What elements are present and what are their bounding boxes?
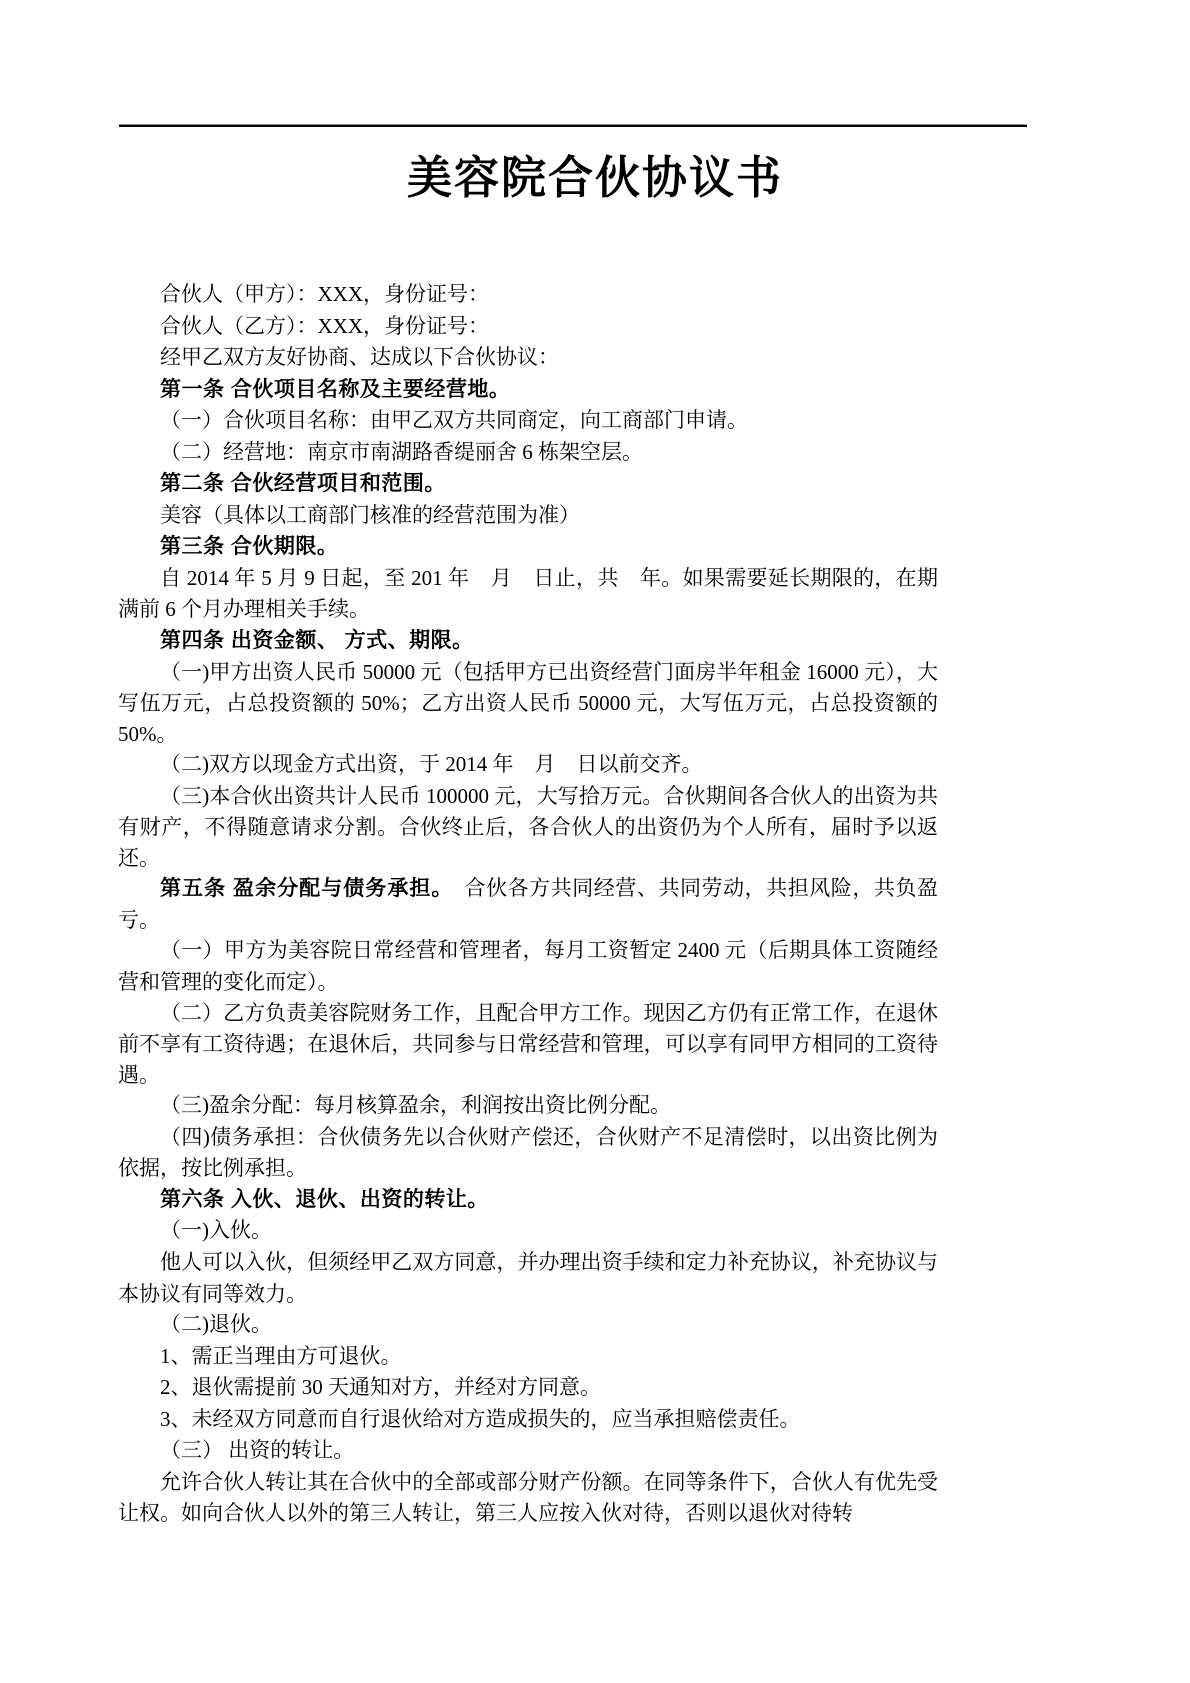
- paragraph-text: （二）乙方负责美容院财务工作，且配合甲方工作。现因乙方仍有正常工作，在退休前不享…: [118, 1001, 938, 1087]
- body-paragraph: 合伙人（乙方）：XXX，身份证号：: [118, 311, 938, 343]
- body-paragraph: （三)盈余分配：每月核算盈余，利润按出资比例分配。: [118, 1090, 938, 1122]
- body-paragraph: 自 2014 年 5 月 9 日起，至 201 年 月 日止，共 年。如果需要延…: [118, 563, 938, 625]
- paragraph-text: （三)本合伙出资共计人民币 100000 元，大写拾万元。合伙期间各合伙人的出资…: [118, 784, 938, 870]
- paragraph-text: （二)双方以现金方式出资，于 2014 年 月 日以前交齐。: [160, 752, 703, 776]
- body-paragraph: （一)入伙。: [118, 1215, 938, 1247]
- body-paragraph: （三） 出资的转让。: [118, 1435, 938, 1467]
- paragraph-bold-lead: 第五条 盈余分配与债务承担。: [160, 877, 443, 900]
- body-paragraph: 第五条 盈余分配与债务承担。 合伙各方共同经营、共同劳动，共担风险，共负盈亏。: [118, 873, 938, 935]
- paragraph-text: 2、退伙需提前 30 天通知对方，并经对方同意。: [160, 1375, 601, 1399]
- document-page: 美容院合伙协议书 合伙人（甲方）：XXX，身份证号： 合伙人（乙方）：XXX，身…: [0, 0, 1190, 1683]
- paragraph-text: 合伙人（乙方）：XXX，身份证号：: [160, 314, 489, 338]
- paragraph-text: （一)甲方出资人民币 50000 元（包括甲方已出资经营门面房半年租金 1600…: [118, 660, 938, 746]
- paragraph-text: （四)债务承担：合伙债务先以合伙财产偿还，合伙财产不足清偿时，以出资比例为依据，…: [118, 1125, 938, 1181]
- paragraph-text: 3、未经双方同意而自行退伙给对方造成损失的，应当承担赔偿责任。: [160, 1407, 801, 1431]
- paragraph-text: 合伙人（甲方）：XXX，身份证号：: [160, 282, 489, 306]
- paragraph-text: 自 2014 年 5 月 9 日起，至 201 年 月 日止，共 年。如果需要延…: [118, 566, 938, 622]
- clause-heading: 第二条 合伙经营项目和范围。: [118, 468, 938, 500]
- paragraph-text: 经甲乙双方友好协商、达成以下合伙协议：: [160, 345, 559, 369]
- paragraph-text: 1、需正当理由方可退伙。: [160, 1344, 402, 1368]
- clause-heading: 第三条 合伙期限。: [118, 531, 938, 563]
- paragraph-text: （二）经营地：南京市南湖路香缇丽舍 6 栋架空层。: [160, 440, 643, 464]
- body-paragraph: 合伙人（甲方）：XXX，身份证号：: [118, 279, 938, 311]
- body-paragraph: 美容（具体以工商部门核准的经营范围为准）: [118, 500, 938, 532]
- body-paragraph: （二）乙方负责美容院财务工作，且配合甲方工作。现因乙方仍有正常工作，在退休前不享…: [118, 998, 938, 1091]
- paragraph-text: （三） 出资的转让。: [160, 1438, 354, 1462]
- paragraph-text: 他人可以入伙，但须经甲乙双方同意，并办理出资手续和定力补充协议，补充协议与本协议…: [118, 1250, 938, 1306]
- paragraph-text: （三)盈余分配：每月核算盈余，利润按出资比例分配。: [160, 1093, 671, 1117]
- paragraph-bold-lead: 第四条 出资金额、 方式、期限。: [160, 629, 474, 652]
- body-paragraph: （一)甲方出资人民币 50000 元（包括甲方已出资经营门面房半年租金 1600…: [118, 657, 938, 750]
- document-body: 合伙人（甲方）：XXX，身份证号： 合伙人（乙方）：XXX，身份证号： 经甲乙双…: [118, 279, 938, 1529]
- paragraph-bold-lead: 第六条 入伙、退伙、出资的转让。: [160, 1188, 489, 1211]
- body-paragraph: （三)本合伙出资共计人民币 100000 元，大写拾万元。合伙期间各合伙人的出资…: [118, 781, 938, 874]
- body-paragraph: 1、需正当理由方可退伙。: [118, 1341, 938, 1373]
- paragraph-text: 美容（具体以工商部门核准的经营范围为准）: [160, 503, 580, 527]
- body-paragraph: 他人可以入伙，但须经甲乙双方同意，并办理出资手续和定力补充协议，补充协议与本协议…: [118, 1247, 938, 1309]
- body-paragraph: （四)债务承担：合伙债务先以合伙财产偿还，合伙财产不足清偿时，以出资比例为依据，…: [118, 1122, 938, 1184]
- paragraph-text: （一）甲方为美容院日常经营和管理者，每月工资暂定 2400 元（后期具体工资随经…: [118, 938, 938, 994]
- clause-heading: 第四条 出资金额、 方式、期限。: [118, 625, 938, 657]
- body-paragraph: （二）经营地：南京市南湖路香缇丽舍 6 栋架空层。: [118, 437, 938, 469]
- document-title: 美容院合伙协议书: [0, 148, 1190, 208]
- body-paragraph: （一）合伙项目名称：由甲乙双方共同商定，向工商部门申请。: [118, 405, 938, 437]
- body-paragraph: （一）甲方为美容院日常经营和管理者，每月工资暂定 2400 元（后期具体工资随经…: [118, 935, 938, 997]
- body-paragraph: （二)双方以现金方式出资，于 2014 年 月 日以前交齐。: [118, 749, 938, 781]
- clause-heading: 第六条 入伙、退伙、出资的转让。: [118, 1184, 938, 1216]
- paragraph-text: （一)入伙。: [160, 1218, 272, 1242]
- body-paragraph: 2、退伙需提前 30 天通知对方，并经对方同意。: [118, 1372, 938, 1404]
- paragraph-bold-lead: 第二条 合伙经营项目和范围。: [160, 472, 446, 495]
- paragraph-text: 允许合伙人转让其在合伙中的全部或部分财产份额。在同等条件下，合伙人有优先受让权。…: [118, 1470, 938, 1526]
- body-paragraph: （二)退伙。: [118, 1309, 938, 1341]
- paragraph-bold-lead: 第三条 合伙期限。: [160, 535, 338, 558]
- body-paragraph: 允许合伙人转让其在合伙中的全部或部分财产份额。在同等条件下，合伙人有优先受让权。…: [118, 1467, 938, 1529]
- body-paragraph: 经甲乙双方友好协商、达成以下合伙协议：: [118, 342, 938, 374]
- paragraph-bold-lead: 第一条 合伙项目名称及主要经营地。: [160, 378, 510, 401]
- paragraph-text: （一）合伙项目名称：由甲乙双方共同商定，向工商部门申请。: [160, 408, 748, 432]
- body-paragraph: 3、未经双方同意而自行退伙给对方造成损失的，应当承担赔偿责任。: [118, 1404, 938, 1436]
- paragraph-text: （二)退伙。: [160, 1312, 272, 1336]
- clause-heading: 第一条 合伙项目名称及主要经营地。: [118, 374, 938, 406]
- header-rule: [119, 124, 1027, 127]
